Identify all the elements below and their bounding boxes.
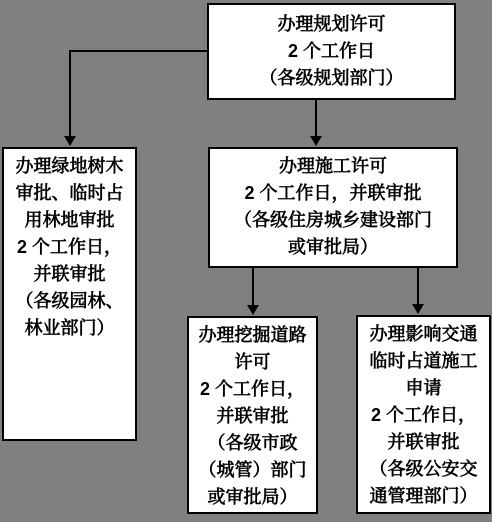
arrowhead-into-construction-icon [310,136,322,146]
connector-planning-to-construction [315,99,317,138]
connector-construction-to-road-excavation [252,266,254,307]
node-traffic-occupation-application-text: 办理影响交通 临时占道施工 申请 2 个工作日， 并联审批 （各级公安交 通管理… [370,317,478,510]
node-planning-permit-text: 办理规划许可 2 个工作日 （各级规划部门） [260,5,404,92]
node-greenery-forest-approval-text: 办理绿地树木 审批、临时占 用林地审批 2 个工作日， 并联审批 （各级园林、 … [16,149,124,342]
node-planning-permit: 办理规划许可 2 个工作日 （各级规划部门） [207,3,456,100]
connector-planning-to-greenery-vertical [69,50,71,137]
node-road-excavation-permit-text: 办理挖掘道路 许可 2 个工作日， 并联审批 （各级市政 （城管）部门 或审批局… [199,318,307,511]
node-road-excavation-permit: 办理挖掘道路 许可 2 个工作日， 并联审批 （各级市政 （城管）部门 或审批局… [187,316,318,514]
arrowhead-into-road-excavation-icon [247,305,259,315]
connector-planning-to-greenery-horizontal [69,50,209,52]
node-greenery-forest-approval: 办理绿地树木 审批、临时占 用林地审批 2 个工作日， 并联审批 （各级园林、 … [2,147,137,441]
connector-construction-to-traffic-occupation [417,266,419,306]
node-traffic-occupation-application: 办理影响交通 临时占道施工 申请 2 个工作日， 并联审批 （各级公安交 通管理… [356,315,491,514]
arrowhead-into-traffic-occupation-icon [412,304,424,314]
flowchart-canvas: 办理规划许可 2 个工作日 （各级规划部门） 办理绿地树木 审批、临时占 用林地… [0,0,492,522]
arrowhead-into-greenery-icon [64,136,76,146]
node-construction-permit-text: 办理施工许可 2 个工作日，并联审批 （各级住房城乡建设部门 或审批局） [234,149,432,261]
node-construction-permit: 办理施工许可 2 个工作日，并联审批 （各级住房城乡建设部门 或审批局） [208,147,458,268]
